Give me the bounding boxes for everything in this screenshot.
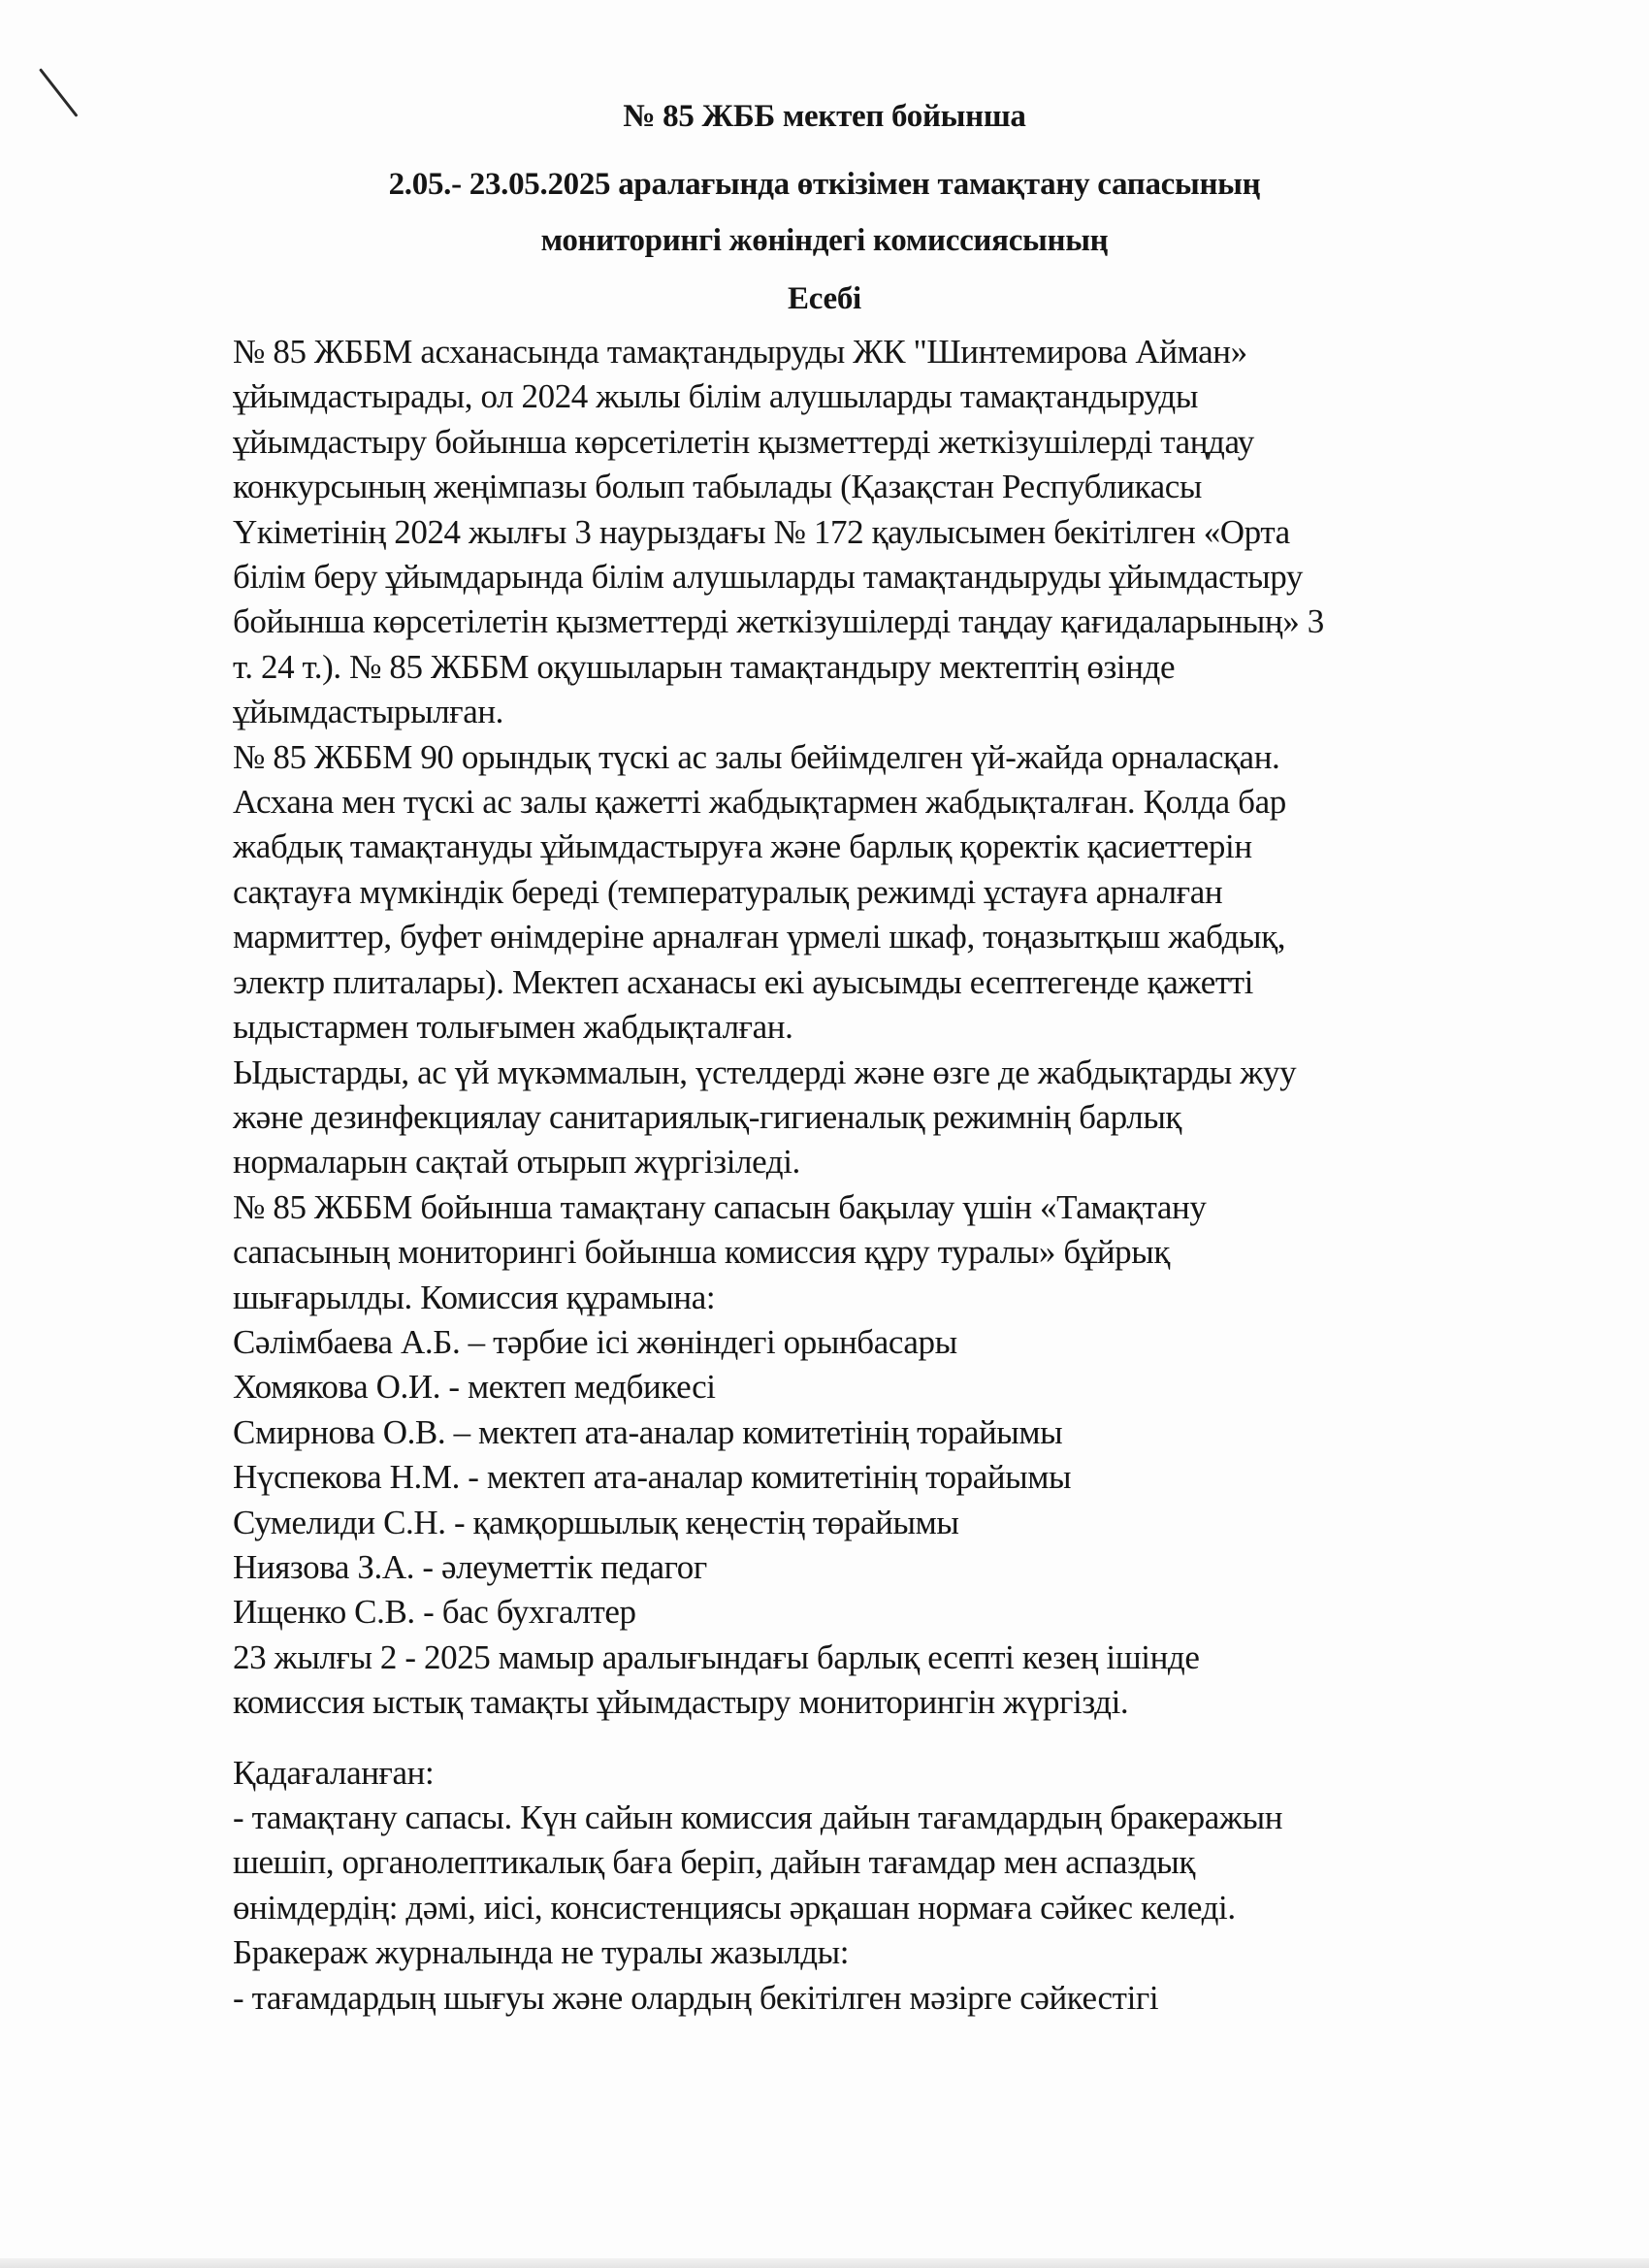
text-line: № 85 ЖББМ бойынша тамақтану сапасын бақы… [233, 1185, 1474, 1230]
text-line: жабдық тамақтануды ұйымдастыруға және ба… [233, 825, 1474, 869]
text-line: Бракераж журналында не туралы жазылды: [233, 1930, 1474, 1975]
text-line: - тамақтану сапасы. Күн сайын комиссия д… [233, 1796, 1474, 1840]
paragraph-gap [233, 1726, 1474, 1751]
text-line: нормаларын сақтай отырып жүргізіледі. [233, 1140, 1474, 1184]
paragraph-order: № 85 ЖББМ бойынша тамақтану сапасын бақы… [233, 1185, 1474, 1320]
paragraph-period: 23 жылғы 2 - 2025 мамыр аралығындағы бар… [233, 1636, 1474, 1726]
text-line: сапасының мониторингі бойынша комиссия қ… [233, 1230, 1474, 1275]
text-line: бойынша көрсетілетін қызметтерді жеткізу… [233, 599, 1474, 644]
text-line: сақтауға мүмкіндік береді (температуралы… [233, 870, 1474, 915]
commission-member: Сәлімбаева А.Б. – тәрбие ісі жөніндегі о… [233, 1320, 1474, 1365]
text-line: ыдыстармен толығымен жабдықталған. [233, 1005, 1474, 1050]
text-line: ұйымдастыру бойынша көрсетілетін қызметт… [233, 420, 1474, 465]
text-line: білім беру ұйымдарында білім алушыларды … [233, 555, 1474, 599]
commission-member: Смирнова О.В. – мектеп ата-аналар комите… [233, 1410, 1474, 1455]
scan-bottom-edge [0, 2258, 1649, 2268]
text-line: т. 24 т.). № 85 ЖББМ оқушыларын тамақтан… [233, 645, 1474, 690]
paragraph-intro: № 85 ЖББМ асханасында тамақтандыруды ЖК … [233, 330, 1474, 735]
text-line: электр плиталары). Мектеп асханасы екі а… [233, 960, 1474, 1005]
text-line: шығарылды. Комиссия құрамына: [233, 1276, 1474, 1320]
scanned-document-page: № 85 ЖББ мектеп бойынша 2.05.- 23.05.202… [0, 0, 1649, 2268]
section-heading-monitored: Қадағаланған: [233, 1751, 1474, 1796]
commission-member: Нүспекова Н.М. - мектеп ата-аналар комит… [233, 1455, 1474, 1500]
text-line: № 85 ЖББМ асханасында тамақтандыруды ЖК … [233, 330, 1474, 374]
text-line: конкурсының жеңімпазы болып табылады (Қа… [233, 465, 1474, 509]
text-line: Асхана мен түскі ас залы қажетті жабдықт… [233, 780, 1474, 825]
commission-member: Хомякова О.И. - мектеп медбикесі [233, 1365, 1474, 1409]
text-line: және дезинфекциялау санитариялық-гигиена… [233, 1095, 1474, 1140]
text-line: № 85 ЖББМ 90 орындық түскі ас залы бейім… [233, 735, 1474, 780]
section-monitored: Қадағаланған: - тамақтану сапасы. Күн са… [233, 1751, 1474, 2021]
commission-member-list: Сәлімбаева А.Б. – тәрбие ісі жөніндегі о… [233, 1320, 1474, 1636]
text-line: шешіп, органолептикалық баға беріп, дайы… [233, 1840, 1474, 1885]
text-line: 23 жылғы 2 - 2025 мамыр аралығындағы бар… [233, 1636, 1474, 1680]
text-line: ұйымдастырады, ол 2024 жылы білім алушыл… [233, 374, 1474, 419]
text-line: комиссия ыстық тамақты ұйымдастыру монит… [233, 1680, 1474, 1725]
commission-member: Сумелиди С.Н. - қамқоршылық кеңестің төр… [233, 1501, 1474, 1545]
paragraph-dining-hall: № 85 ЖББМ 90 орындық түскі ас залы бейім… [233, 735, 1474, 1051]
title-school: № 85 ЖББ мектеп бойынша [0, 97, 1649, 136]
text-line: өнімдердің: дәмі, иісі, консистенциясы ә… [233, 1886, 1474, 1930]
text-line: Үкіметінің 2024 жылғы 3 наурыздағы № 172… [233, 510, 1474, 555]
commission-member: Ищенко С.В. - бас бухгалтер [233, 1590, 1474, 1635]
commission-member: Ниязова З.А. - әлеуметтік педагог [233, 1545, 1474, 1590]
title-period: 2.05.- 23.05.2025 аралағында өткізімен т… [0, 165, 1649, 204]
title-commission: мониторингі жөніндегі комиссиясының [0, 221, 1649, 260]
title-report: Есебі [0, 279, 1649, 318]
text-line: мармиттер, буфет өнімдеріне арналған үрм… [233, 915, 1474, 959]
text-line: ұйымдастырылған. [233, 690, 1474, 734]
text-line: Ыдыстарды, ас үй мүкәммалын, үстелдерді … [233, 1051, 1474, 1095]
document-body: № 85 ЖББМ асханасында тамақтандыруды ЖК … [233, 330, 1474, 2021]
text-line: - тағамдардың шығуы және олардың бекітіл… [233, 1976, 1474, 2021]
paragraph-hygiene: Ыдыстарды, ас үй мүкәммалын, үстелдерді … [233, 1051, 1474, 1185]
